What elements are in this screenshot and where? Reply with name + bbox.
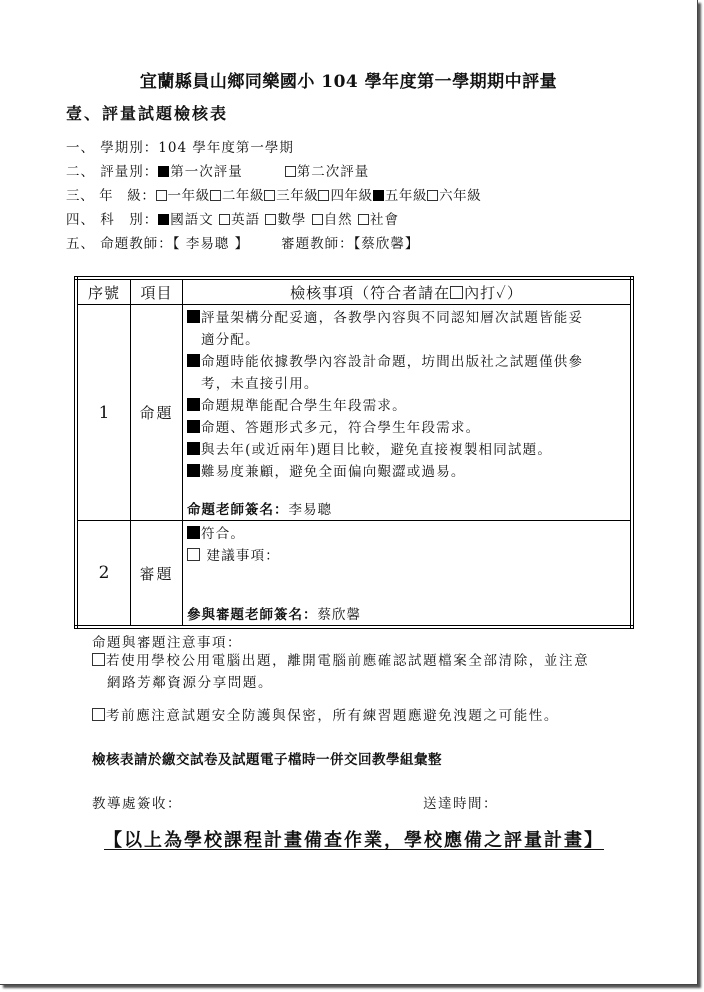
reviewer-signature-value: 蔡欣馨 — [318, 607, 362, 623]
checkbox-criterion-3[interactable] — [187, 398, 200, 411]
checkbox-criterion-2[interactable] — [187, 354, 200, 367]
notes-title: 命題與審題注意事項： — [92, 631, 242, 651]
row-criteria: 符合。 建議事項： 參與審題老師簽名：蔡欣馨 — [183, 521, 633, 627]
note-text: 若使用學校公用電腦出題，離開電腦前應確認試題檔案全部清除，並注意 — [106, 653, 589, 669]
note-item: 若使用學校公用電腦出題，離開電腦前應確認試題檔案全部清除，並注意 網路芳鄰資源分… — [92, 650, 589, 694]
option-grade-3: 三年級 — [276, 188, 318, 204]
criterion-text: 評量架構分配妥適，各教學內容與不同認知層次試題皆能妥 — [201, 310, 583, 326]
author-signature-label: 命題老師簽名： — [187, 502, 289, 518]
criterion-text: 難易度兼顧，避免全面偏向艱澀或過易。 — [201, 464, 466, 480]
criterion-text: 命題時能依據教學內容設計命題，坊間出版社之試題僅供參 — [201, 354, 583, 370]
reviewer-value: 【蔡欣馨】 — [354, 236, 420, 252]
submission-note: 檢核表請於繳交試卷及試題電子檔時一併交回教學組彙整 — [92, 748, 442, 768]
office-receipt-label: 教導處簽收： — [92, 792, 182, 812]
checkbox-criterion-1[interactable] — [187, 310, 200, 323]
row-criteria: 評量架構分配妥適，各教學內容與不同認知層次試題皆能妥適分配。 命題時能依據教學內… — [183, 305, 633, 521]
criterion: 命題、答題形式多元，符合學生年段需求。 — [187, 417, 626, 439]
table-row: 1 命題 評量架構分配妥適，各教學內容與不同認知層次試題皆能妥適分配。 命題時能… — [76, 305, 632, 521]
option-social: 社會 — [370, 212, 399, 228]
author-label: 五、 命題教師： — [66, 236, 173, 252]
checkbox-second-assessment[interactable] — [285, 166, 296, 177]
checkbox-science[interactable] — [312, 214, 323, 225]
option-grade-2: 二年級 — [222, 188, 264, 204]
table-row: 2 審題 符合。 建議事項： 參與審題老師簽名：蔡欣馨 — [76, 521, 632, 627]
document-title: 宜蘭縣員山鄉同樂國小 104 學年度第一學期期中評量 — [0, 67, 697, 92]
criterion-text: 命題、答題形式多元，符合學生年段需求。 — [201, 420, 480, 436]
checkbox-note-1[interactable] — [92, 653, 105, 666]
checkbox-grade-1[interactable] — [156, 190, 167, 201]
footer-statement: 【以上為學校課程計畫備查作業，學校應備之評量計畫】 — [104, 826, 604, 852]
checkbox-math[interactable] — [265, 214, 276, 225]
teachers-line: 五、 命題教師：【 李易聰 】審題教師：【蔡欣馨】 — [66, 232, 419, 252]
criterion-text-cont: 適分配。 — [187, 329, 626, 351]
criterion: 建議事項： — [187, 545, 626, 567]
checkbox-grade-2[interactable] — [210, 190, 221, 201]
criterion: 與去年(或近兩年)題目比較，避免直接複製相同試題。 — [187, 439, 626, 461]
option-english: 英語 — [231, 212, 260, 228]
checkbox-criterion-5[interactable] — [187, 442, 200, 455]
header-num: 序號 — [76, 278, 131, 305]
checkbox-first-assessment[interactable] — [158, 166, 169, 177]
note-text-cont: 網路芳鄰資源分享問題。 — [92, 675, 273, 691]
semester-value: 104 學年度第一學期 — [158, 140, 294, 156]
semester-label: 一、 學期別： — [66, 140, 158, 156]
subject-line: 四、 科 別：國語文 英語 數學 自然 社會 — [66, 208, 399, 228]
option-first-assessment: 第一次評量 — [170, 164, 243, 180]
checklist-table: 序號 項目 檢核事項（符合者請在內打✓） 1 命題 評量架構分配妥適，各教學內容… — [74, 276, 634, 629]
checkbox-note-2[interactable] — [92, 708, 105, 721]
semester-line: 一、 學期別：104 學年度第一學期 — [66, 136, 294, 156]
checkbox-criterion-4[interactable] — [187, 420, 200, 433]
row-item: 命題 — [131, 305, 183, 521]
reviewer-label: 審題教師： — [281, 236, 354, 252]
checkbox-grade-6[interactable] — [427, 190, 438, 201]
criterion-text: 符合。 — [201, 526, 245, 542]
reviewer-signature-label: 參與審題老師簽名： — [187, 607, 318, 623]
option-grade-1: 一年級 — [168, 188, 210, 204]
criterion-text: 建議事項： — [201, 548, 280, 564]
row-num: 1 — [76, 305, 131, 521]
criterion: 命題規準能配合學生年段需求。 — [187, 395, 626, 417]
option-chinese: 國語文 — [170, 212, 214, 228]
note-text: 考前應注意試題安全防護與保密，所有練習題應避免洩題之可能性。 — [106, 708, 559, 724]
author-value: 【 李易聰 】 — [173, 236, 249, 252]
checkbox-grade-3[interactable] — [264, 190, 275, 201]
checkbox-social[interactable] — [358, 214, 369, 225]
criterion: 難易度兼顧，避免全面偏向艱澀或過易。 — [187, 461, 626, 483]
assessment-label: 二、 評量別： — [66, 164, 158, 180]
header-item: 項目 — [131, 278, 183, 305]
author-signature: 命題老師簽名：李易聰 — [187, 498, 332, 518]
option-second-assessment: 第二次評量 — [297, 164, 370, 180]
delivery-time-label: 送達時間： — [423, 792, 498, 812]
option-grade-4: 四年級 — [330, 188, 372, 204]
document-page: 宜蘭縣員山鄉同樂國小 104 學年度第一學期期中評量 壹、評量試題檢核表 一、 … — [0, 0, 698, 985]
row-item: 審題 — [131, 521, 183, 627]
assessment-line: 二、 評量別：第一次評量第二次評量 — [66, 160, 369, 180]
criterion-text-cont: 考，未直接引用。 — [187, 373, 626, 395]
subject-label: 四、 科 別： — [66, 212, 158, 228]
option-grade-6: 六年級 — [439, 188, 481, 204]
criterion: 符合。 — [187, 523, 626, 545]
header-check: 檢核事項（符合者請在內打✓） — [183, 278, 633, 305]
checkbox-criterion-6[interactable] — [187, 464, 200, 477]
option-science: 自然 — [324, 212, 353, 228]
criterion-text: 與去年(或近兩年)題目比較，避免直接複製相同試題。 — [201, 442, 552, 458]
checkbox-grade-4[interactable] — [318, 190, 329, 201]
checkbox-english[interactable] — [219, 214, 230, 225]
criterion-text: 命題規準能配合學生年段需求。 — [201, 398, 407, 414]
checkbox-compliant[interactable] — [187, 526, 200, 539]
checkbox-grade-5[interactable] — [373, 190, 384, 201]
option-math: 數學 — [277, 212, 306, 228]
option-grade-5: 五年級 — [385, 188, 427, 204]
header-check-suffix: 內打✓） — [464, 284, 523, 302]
checkbox-chinese[interactable] — [158, 214, 169, 225]
criterion: 評量架構分配妥適，各教學內容與不同認知層次試題皆能妥適分配。 — [187, 307, 626, 351]
grade-label: 三、 年 級： — [66, 188, 156, 204]
header-check-prefix: 檢核事項（符合者請在 — [290, 284, 450, 302]
grade-line: 三、 年 級：一年級二年級三年級四年級五年級六年級 — [66, 184, 481, 204]
empty-box-icon — [450, 286, 463, 299]
note-item: 考前應注意試題安全防護與保密，所有練習題應避免洩題之可能性。 — [92, 705, 559, 727]
row-num: 2 — [76, 521, 131, 627]
section-heading: 壹、評量試題檢核表 — [66, 101, 228, 124]
table-header-row: 序號 項目 檢核事項（符合者請在內打✓） — [76, 278, 632, 305]
checkbox-suggestions[interactable] — [187, 548, 200, 561]
criterion: 命題時能依據教學內容設計命題，坊間出版社之試題僅供參考，未直接引用。 — [187, 351, 626, 395]
reviewer-signature: 參與審題老師簽名：蔡欣馨 — [187, 603, 361, 623]
author-signature-value: 李易聰 — [289, 502, 333, 518]
